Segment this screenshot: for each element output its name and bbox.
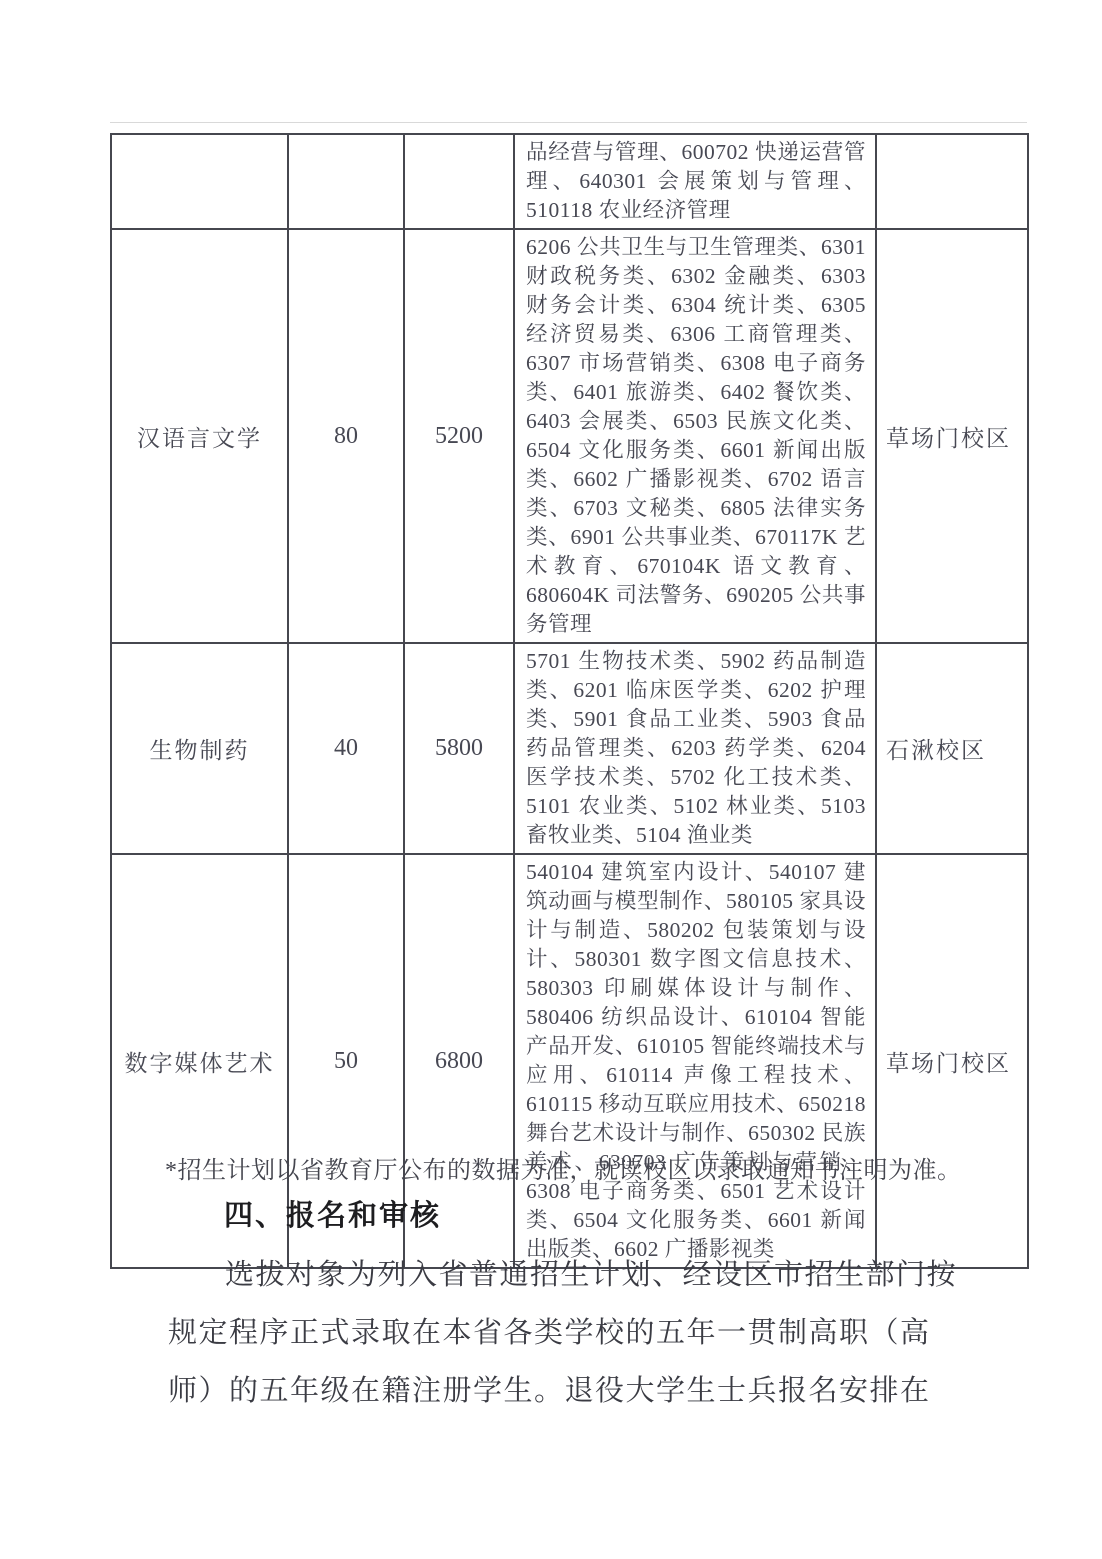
page-break-hairline — [110, 122, 1027, 123]
paragraph-line: 选拔对象为列入省普通招生计划、经设区市招生部门按 — [168, 1246, 968, 1304]
tuition-fee-cell — [404, 134, 514, 229]
tuition-fee-cell: 5800 — [404, 643, 514, 854]
body-paragraph: 选拔对象为列入省普通招生计划、经设区市招生部门按 规定程序正式录取在本省各类学校… — [168, 1246, 968, 1420]
eligible-majors-cell: 5701 生物技术类、5902 药品制造类、6201 临床医学类、6202 护理… — [514, 643, 876, 854]
major-cell — [111, 134, 288, 229]
admissions-plan-table: 品经营与管理、600702 快递运营管理、640301 会展策划与管理、5101… — [110, 133, 1029, 1269]
tuition-fee-cell: 5200 — [404, 229, 514, 643]
campus-cell: 草场门校区 — [876, 854, 1028, 1268]
campus-cell: 石湫校区 — [876, 643, 1028, 854]
table-footnote: *招生计划以省教育厅公布的数据为准，就读校区以录取通知书注明为准。 — [165, 1150, 995, 1185]
plan-count-cell: 40 — [288, 643, 404, 854]
campus-cell — [876, 134, 1028, 229]
eligible-majors-cell: 品经营与管理、600702 快递运营管理、640301 会展策划与管理、5101… — [514, 134, 876, 229]
document-page: 品经营与管理、600702 快递运营管理、640301 会展策划与管理、5101… — [0, 0, 1102, 1559]
section-heading: 四、报名和审核 — [224, 1193, 441, 1234]
table-row: 生物制药 40 5800 5701 生物技术类、5902 药品制造类、6201 … — [111, 643, 1028, 854]
eligible-majors-cell: 540104 建筑室内设计、540107 建筑动画与模型制作、580105 家具… — [514, 854, 876, 1268]
paragraph-line: 规定程序正式录取在本省各类学校的五年一贯制高职（高 — [168, 1304, 968, 1362]
eligible-majors-cell: 6206 公共卫生与卫生管理类、6301 财政税务类、6302 金融类、6303… — [514, 229, 876, 643]
paragraph-line: 师）的五年级在籍注册学生。退役大学生士兵报名安排在 — [168, 1362, 968, 1420]
table-row: 汉语言文学 80 5200 6206 公共卫生与卫生管理类、6301 财政税务类… — [111, 229, 1028, 643]
campus-cell: 草场门校区 — [876, 229, 1028, 643]
table-row: 品经营与管理、600702 快递运营管理、640301 会展策划与管理、5101… — [111, 134, 1028, 229]
major-cell: 生物制药 — [111, 643, 288, 854]
plan-count-cell — [288, 134, 404, 229]
plan-count-cell: 80 — [288, 229, 404, 643]
major-cell: 汉语言文学 — [111, 229, 288, 643]
